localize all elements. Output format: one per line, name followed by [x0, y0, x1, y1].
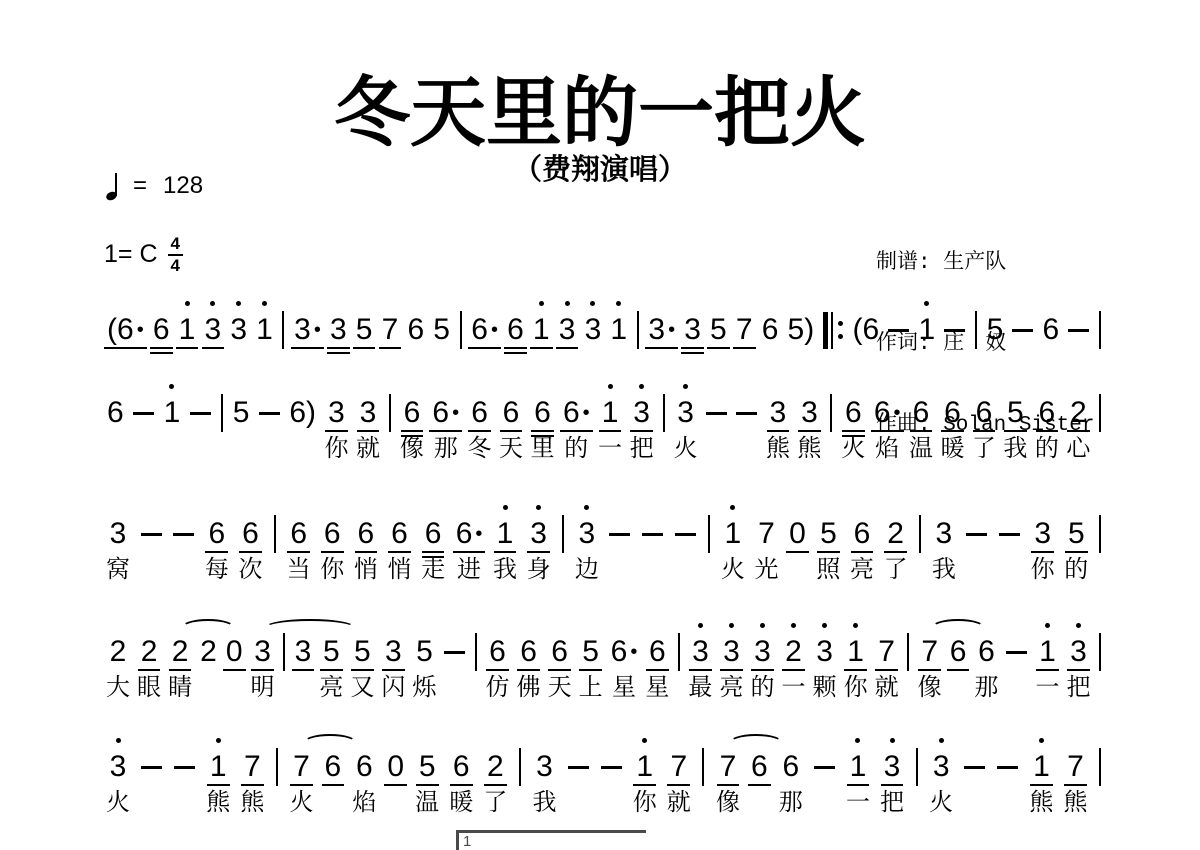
note-number: 3	[578, 513, 597, 555]
note-cell: 3	[329, 297, 348, 383]
note-number: 6•	[562, 392, 591, 434]
octave-dot	[116, 734, 121, 746]
lyric-syllable: 窝	[106, 555, 130, 587]
barline	[561, 513, 565, 555]
octave-dot	[169, 380, 174, 392]
barline	[662, 392, 666, 434]
note-number: 2	[199, 631, 218, 673]
barline	[906, 631, 910, 673]
note-number: 1	[163, 392, 182, 434]
octave-dot	[1013, 380, 1018, 392]
lyric-syllable: 火	[929, 788, 953, 820]
note-cell: 3	[584, 297, 603, 383]
note-number: 6	[289, 513, 308, 555]
note-cell: 1	[178, 297, 197, 383]
octave-dot	[443, 380, 448, 392]
lyric-syllable: 了	[972, 434, 996, 466]
note-number: 6	[506, 309, 525, 351]
octave-dot	[262, 297, 267, 309]
note-number: 6	[488, 631, 507, 673]
octave-dot	[159, 297, 164, 309]
note-number: 6	[781, 746, 800, 788]
note-number: 6	[406, 309, 425, 351]
note-number: 3	[753, 631, 772, 673]
note-cell: 6•焰	[873, 380, 902, 466]
note-number: 6	[977, 631, 996, 673]
note-number: 3	[584, 309, 603, 351]
note-cell: 7熊	[240, 734, 264, 820]
note-number: 6	[975, 392, 994, 434]
note-number: (6	[852, 309, 881, 351]
lyric-syllable: 亮	[319, 673, 343, 705]
note-cell: 6•那	[431, 380, 460, 466]
octave-dot	[232, 619, 237, 631]
note-cell	[1067, 297, 1090, 383]
octave-dot	[198, 380, 203, 392]
octave-dot	[542, 734, 547, 746]
octave-dot	[149, 734, 154, 746]
octave-dot	[216, 734, 221, 746]
duration-dash	[443, 631, 466, 673]
note-number: 3	[932, 746, 951, 788]
octave-dot	[939, 734, 944, 746]
note-cell: 6•	[470, 297, 499, 383]
octave-dot	[650, 501, 655, 513]
note-number: 3	[800, 392, 819, 434]
octave-dot	[683, 501, 688, 513]
octave-dot	[826, 501, 831, 513]
octave-dot	[701, 734, 706, 746]
lyric-syllable: 一	[782, 673, 806, 705]
lyric-syllable: 每	[205, 555, 229, 587]
note-cell	[641, 501, 664, 587]
music-system-2: 6156)3你3就6像6•那6冬6天6里6•的1一3把3火3熊3熊6火6•焰6温…	[106, 380, 1103, 466]
note-cell: 3亮	[719, 619, 743, 705]
note-cell: 6焰	[352, 734, 376, 820]
note-number: 6	[761, 309, 780, 351]
note-number: 6	[390, 513, 409, 555]
octave-dot	[822, 734, 827, 746]
lyric-syllable: 天	[548, 673, 572, 705]
octave-dot	[918, 380, 923, 392]
octave-dot	[391, 619, 396, 631]
note-cell: 3我	[932, 501, 956, 587]
octave-dot	[851, 380, 856, 392]
lyric-syllable: 火	[841, 434, 865, 466]
octave-dot	[149, 501, 154, 513]
note-number: 3	[691, 631, 710, 673]
note-number: 6•	[455, 513, 484, 555]
duration-dash	[173, 746, 196, 788]
note-number: 3	[535, 746, 554, 788]
note-cell: 5上	[579, 619, 603, 705]
note-cell	[172, 501, 195, 587]
note-number: 6	[502, 392, 521, 434]
octave-dot	[116, 619, 121, 631]
note-number: 3	[109, 746, 128, 788]
note-cell: 6•的	[562, 380, 591, 466]
note-cell: 1熊	[206, 734, 230, 820]
lyric-syllable: 像	[918, 673, 942, 705]
note-cell: 5我	[1003, 380, 1027, 466]
note-number: 6	[470, 392, 489, 434]
key-signature: 1= C 4 4	[104, 235, 183, 275]
note-number: 7	[920, 631, 939, 673]
note-cell: 3我	[532, 734, 556, 820]
lyric-syllable: 亮	[850, 555, 874, 587]
note-cell: 3	[683, 297, 702, 383]
lyric-syllable: 次	[238, 555, 262, 587]
note-cell	[914, 734, 919, 820]
note-number: 0	[386, 746, 405, 788]
note-number: 6	[943, 392, 962, 434]
octave-dot	[956, 619, 961, 631]
barline	[707, 513, 711, 555]
note-number: 1	[724, 513, 743, 555]
octave-dot	[360, 619, 365, 631]
note-cell: 6	[506, 297, 525, 383]
octave-dot	[974, 501, 979, 513]
lyric-syllable: 一	[1035, 673, 1059, 705]
duration-dash	[998, 513, 1021, 555]
duration-dash	[600, 746, 623, 788]
lyric-syllable: 熊	[1029, 788, 1053, 820]
note-number: 6	[912, 392, 931, 434]
octave-dot	[639, 380, 644, 392]
octave-dot	[503, 501, 508, 513]
lyric-syllable: 你	[1031, 555, 1055, 587]
note-number: 5	[709, 309, 728, 351]
note-number: 6	[853, 513, 872, 555]
note-cell: 6	[1042, 297, 1061, 383]
note-cell	[443, 619, 466, 705]
octave-dot	[219, 380, 224, 392]
octave-dot	[590, 297, 595, 309]
note-number: 7	[757, 513, 776, 555]
note-number: 3	[558, 309, 577, 351]
octave-dot	[1048, 297, 1053, 309]
lyric-syllable: 明	[251, 673, 275, 705]
octave-dot	[757, 734, 762, 746]
octave-dot	[1098, 501, 1103, 513]
note-number: 1	[849, 746, 868, 788]
barline	[677, 631, 681, 673]
note-number: 3	[676, 392, 695, 434]
first-ending-bracket: 1	[456, 830, 646, 850]
note-cell: 6	[750, 734, 769, 820]
note-number: 6	[1038, 392, 1057, 434]
note-cell: 3火	[674, 380, 698, 466]
lyric-syllable: 的	[1064, 555, 1088, 587]
note-number: 6•	[470, 309, 499, 351]
lyric-syllable: 悄	[354, 555, 378, 587]
octave-dot	[300, 380, 305, 392]
note-number: 5	[1006, 392, 1025, 434]
octave-dot	[387, 380, 392, 392]
octave-dot	[113, 380, 118, 392]
barline	[282, 631, 286, 673]
octave-dot	[239, 380, 244, 392]
octave-dot	[574, 380, 579, 392]
octave-dot	[924, 297, 929, 309]
octave-dot	[973, 297, 978, 309]
note-number: 6	[324, 746, 343, 788]
octave-dot	[941, 501, 946, 513]
octave-dot	[281, 297, 286, 309]
note-cell	[705, 380, 728, 466]
octave-dot	[576, 734, 581, 746]
note-cell: 6	[949, 619, 968, 705]
octave-dot	[330, 734, 335, 746]
lyric-syllable: 星	[612, 673, 636, 705]
note-number: 3	[683, 309, 702, 351]
note-cell	[965, 501, 988, 587]
note-number: 3•	[647, 309, 676, 351]
note-cell: 6每	[205, 501, 229, 587]
note-number: 0	[788, 513, 807, 555]
lyric-syllable: 火	[106, 788, 130, 820]
lyric-syllable: 火	[289, 788, 313, 820]
lyric-syllable: 那	[974, 673, 998, 705]
octave-dot	[798, 297, 803, 309]
lyric-syllable: 你	[844, 673, 868, 705]
note-cell: 6	[406, 297, 425, 383]
octave-dot	[272, 501, 277, 513]
note-cell	[822, 297, 844, 383]
octave-dot	[1045, 619, 1050, 631]
note-number: 1	[532, 309, 551, 351]
octave-dot	[214, 501, 219, 513]
note-number: 1	[496, 513, 515, 555]
octave-dot	[1076, 619, 1081, 631]
note-cell: (6•	[106, 297, 145, 383]
note-cell: 1熊	[1029, 734, 1053, 820]
note-cell: 6星	[645, 619, 669, 705]
duration-dash	[132, 392, 155, 434]
note-cell	[219, 380, 224, 466]
barline	[1098, 746, 1102, 788]
note-cell: 3你	[325, 380, 349, 466]
octave-dot	[116, 501, 121, 513]
octave-dot	[210, 297, 215, 309]
note-cell: 6	[106, 380, 125, 466]
note-cell: 1	[532, 297, 551, 383]
note-cell: 5	[432, 297, 451, 383]
note-number: 6	[207, 513, 226, 555]
octave-dot	[482, 297, 487, 309]
octave-dot	[282, 619, 287, 631]
octave-dot	[952, 297, 957, 309]
note-cell	[661, 380, 666, 466]
note-number: 1	[609, 309, 628, 351]
octave-dot	[768, 297, 773, 309]
duration-dash	[140, 746, 163, 788]
note-cell: 3	[294, 619, 313, 705]
lyric-syllable: 我	[932, 555, 956, 587]
lyric-syllable: 的	[564, 434, 588, 466]
note-cell: 2了	[884, 501, 908, 587]
octave-dot	[336, 297, 341, 309]
lyric-syllable: 心	[1066, 434, 1090, 466]
note-cell: (6	[852, 297, 881, 383]
note-number: 7	[877, 631, 896, 673]
note-number: 6	[152, 309, 171, 351]
barline	[1098, 392, 1102, 434]
duration-dash	[963, 746, 986, 788]
lyric-syllable: 把	[630, 434, 654, 466]
note-number: 5	[415, 631, 434, 673]
barline	[273, 513, 277, 555]
note-number: 6	[648, 631, 667, 673]
note-cell	[272, 501, 277, 587]
lyric-syllable: 里	[530, 434, 554, 466]
note-number: (6•	[106, 309, 145, 351]
note-number: 2	[109, 631, 128, 673]
note-cell: 1	[609, 297, 628, 383]
octave-dot	[690, 297, 695, 309]
octave-dot	[409, 380, 414, 392]
note-number: 7	[669, 746, 688, 788]
note-number: 6	[519, 631, 538, 673]
note-cell	[132, 380, 155, 466]
octave-dot	[992, 297, 997, 309]
octave-dot	[1074, 501, 1079, 513]
octave-dot	[185, 297, 190, 309]
note-cell: 5照	[816, 501, 840, 587]
lyric-syllable: 一	[846, 788, 870, 820]
octave-dot	[829, 380, 834, 392]
sheet-music-page: 冬天里的一把火 （费翔演唱） = 128 1= C 4 4 制谱: 生产队 作词…	[0, 0, 1200, 850]
note-number: 5	[418, 746, 437, 788]
lyric-syllable: 身	[527, 555, 551, 587]
lyric-syllable: 天	[499, 434, 523, 466]
note-cell	[1098, 734, 1103, 820]
duration-dash	[172, 513, 195, 555]
note-cell: 3你	[1031, 501, 1055, 587]
lyric-syllable: 睛	[168, 673, 192, 705]
note-cell: 3边	[575, 501, 599, 587]
note-cell: 6	[761, 297, 780, 383]
note-cell: 3熊	[797, 380, 821, 466]
note-cell: 3颗	[813, 619, 837, 705]
octave-dot	[236, 297, 241, 309]
note-cell	[1098, 501, 1103, 587]
note-cell	[829, 380, 834, 466]
note-cell: 1一	[598, 380, 622, 466]
octave-dot	[853, 619, 858, 631]
octave-dot	[831, 297, 836, 309]
octave-dot	[1098, 619, 1103, 631]
lyric-syllable: 了	[884, 555, 908, 587]
note-cell	[258, 380, 281, 466]
octave-dot	[513, 297, 518, 309]
repeat-sign	[822, 309, 844, 351]
note-cell: 6亮	[850, 501, 874, 587]
barline	[918, 513, 922, 555]
lyric-syllable: 冬	[468, 434, 492, 466]
note-cell: 6那	[974, 619, 998, 705]
lyric-syllable: 的	[1035, 434, 1059, 466]
note-number: 7	[381, 309, 400, 351]
octave-dot	[863, 297, 868, 309]
note-number: 6	[533, 392, 552, 434]
octave-dot	[950, 380, 955, 392]
octave-dot	[248, 501, 253, 513]
note-cell: 7	[381, 297, 400, 383]
octave-dot	[477, 380, 482, 392]
note-cell: 3就	[356, 380, 380, 466]
octave-dot	[984, 619, 989, 631]
note-cell: 6悄	[387, 501, 411, 587]
octave-dot	[1005, 734, 1010, 746]
octave-dot	[536, 501, 541, 513]
note-cell: 7	[735, 297, 754, 383]
octave-dot	[1098, 297, 1103, 309]
note-number: 3	[359, 392, 378, 434]
octave-dot	[141, 380, 146, 392]
note-cell: 5温	[415, 734, 439, 820]
note-cell: 6像	[400, 380, 424, 466]
note-number: 7	[243, 746, 262, 788]
meter-upper: 4	[168, 235, 183, 256]
barline	[1098, 631, 1102, 673]
octave-dot	[885, 380, 890, 392]
note-cell	[676, 619, 681, 705]
octave-dot	[560, 501, 565, 513]
barline	[220, 392, 224, 434]
note-number: 5	[353, 631, 372, 673]
note-number: 1	[1038, 631, 1057, 673]
lyric-syllable: 边	[575, 555, 599, 587]
note-cell: 3•	[293, 297, 322, 383]
note-cell: 6冬	[468, 380, 492, 466]
tempo-marking: = 128	[106, 172, 203, 200]
octave-dot	[1098, 734, 1103, 746]
note-cell: 6的	[1035, 380, 1059, 466]
note-cell: 1我	[493, 501, 517, 587]
octave-dot	[617, 501, 622, 513]
music-system-1: (6•613313•357656•613313•35765)(6156	[106, 297, 1103, 383]
duration-dash	[608, 513, 631, 555]
octave-dot	[706, 501, 711, 513]
barline	[974, 309, 978, 351]
note-cell	[1005, 619, 1028, 705]
lyric-syllable: 熊	[206, 788, 230, 820]
lyric-syllable: 温	[415, 788, 439, 820]
octave-dot	[616, 297, 621, 309]
note-number: 3	[1033, 513, 1052, 555]
octave-dot	[860, 501, 865, 513]
note-cell: 1	[917, 297, 936, 383]
note-cell	[189, 380, 212, 466]
note-cell: 6天	[548, 619, 572, 705]
note-cell	[140, 734, 163, 820]
lyric-syllable: 当	[287, 555, 311, 587]
note-number: 5	[432, 309, 451, 351]
octave-dot	[1007, 501, 1012, 513]
note-cell	[887, 297, 910, 383]
octave-dot	[621, 619, 626, 631]
lyric-syllable: 那	[779, 788, 803, 820]
duration-dash	[1067, 309, 1090, 351]
note-number: 2	[784, 631, 803, 673]
lyric-syllable: 闪	[381, 673, 405, 705]
note-number: 3	[384, 631, 403, 673]
lyric-syllable: 像	[716, 788, 740, 820]
credit-arranger: 制谱: 生产队	[876, 250, 1094, 277]
duration-dash	[943, 309, 966, 351]
note-cell: 2心	[1066, 380, 1090, 466]
